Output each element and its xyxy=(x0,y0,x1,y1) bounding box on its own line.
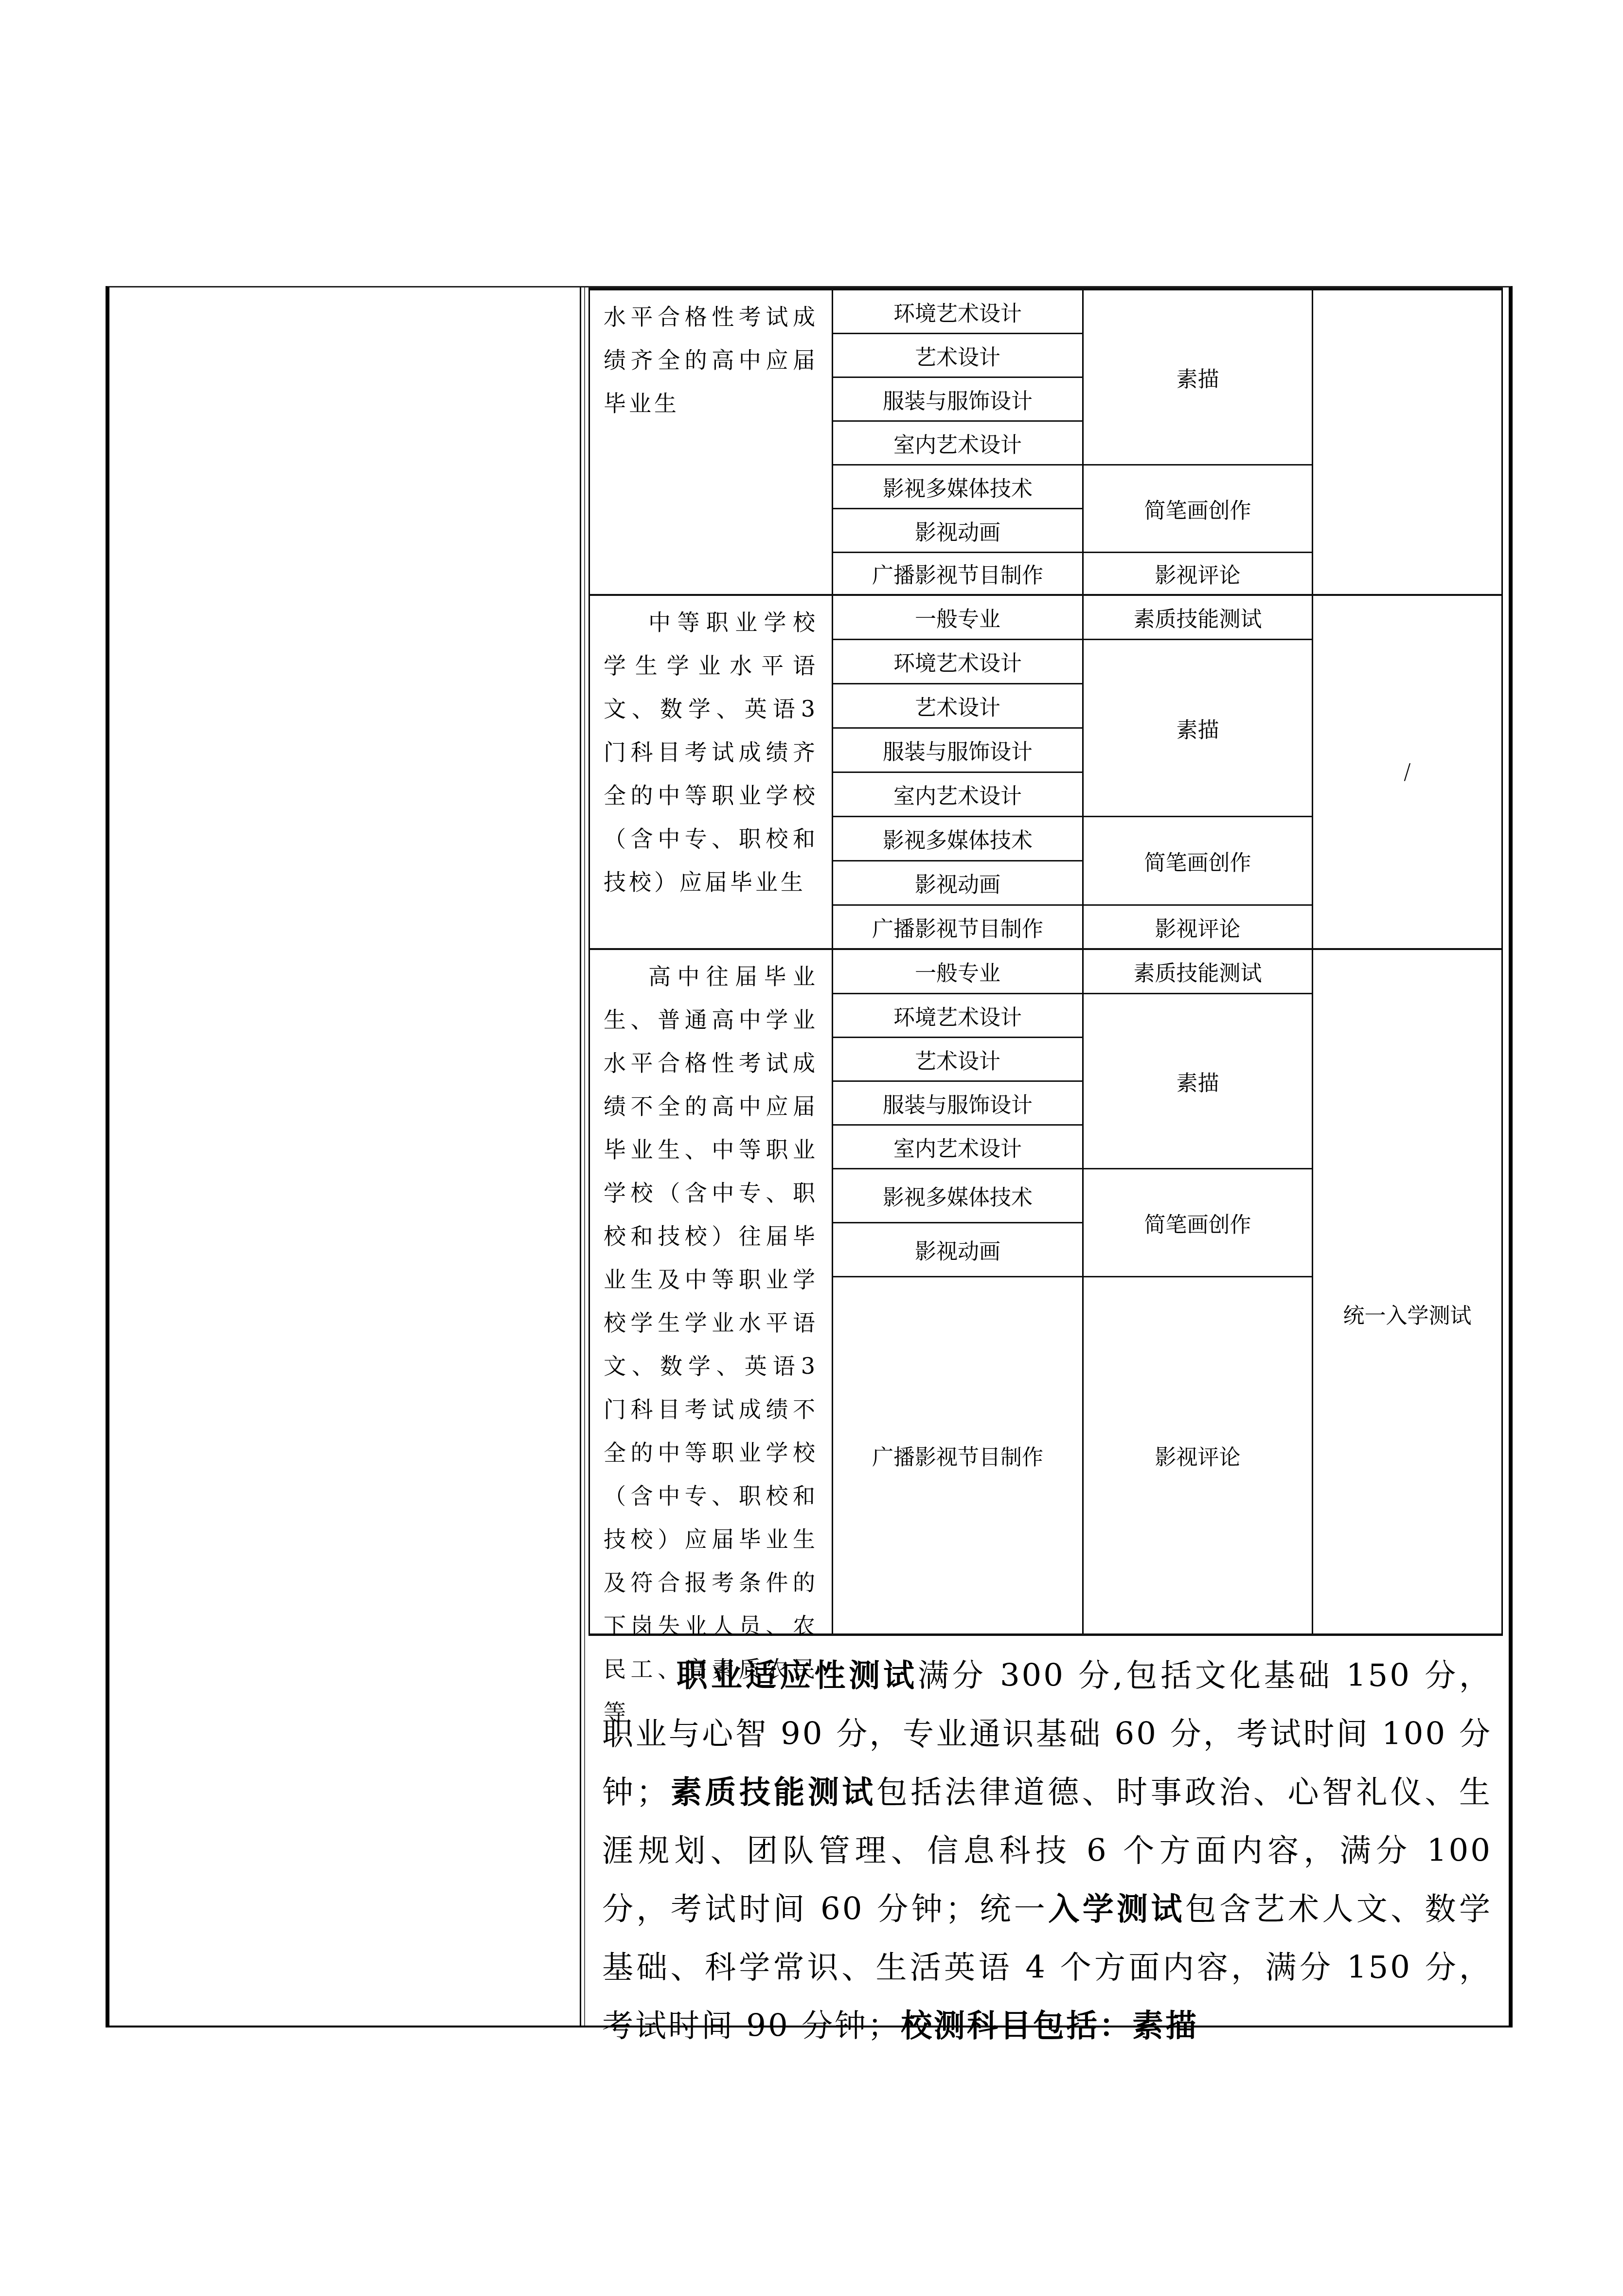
exam-cell: 简笔画创作 xyxy=(1084,466,1313,553)
major-cell: 服装与服饰设计 xyxy=(833,378,1084,422)
major-cell: 影视多媒体技术 xyxy=(833,817,1084,861)
test-type-cell xyxy=(1313,290,1501,594)
major-cell: 环境艺术设计 xyxy=(833,640,1084,684)
exam-cell: 素描 xyxy=(1084,290,1313,466)
exam-description-paragraph: 职业适应性测试满分 300 分,包括文化基础 150 分，职业与心智 90 分，… xyxy=(589,1638,1503,2026)
major-cell: 艺术设计 xyxy=(833,684,1084,729)
test-type-cell: 统一入学测试 xyxy=(1313,994,1501,1633)
major-cell: 室内艺术设计 xyxy=(833,422,1084,466)
group-row-1: 水平合格性考试成绩齐全的高中应届毕业生 环境艺术设计 艺术设计 服装与服饰设计 … xyxy=(590,290,1501,596)
major-cell: 影视多媒体技术 xyxy=(833,1169,1084,1223)
exam-cell: 素质技能测试 xyxy=(1084,950,1313,994)
major-cell: 一般专业 xyxy=(833,596,1084,640)
major-cell: 一般专业 xyxy=(833,950,1084,994)
exam-cell: 素描 xyxy=(1084,994,1313,1169)
major-cell: 室内艺术设计 xyxy=(833,773,1084,817)
major-cell: 环境艺术设计 xyxy=(833,290,1084,334)
exam-cell: 素描 xyxy=(1084,640,1313,817)
exam-cell: 影视评论 xyxy=(1084,906,1313,948)
major-cell: 广播影视节目制作 xyxy=(833,906,1084,948)
exam-cell: 简笔画创作 xyxy=(1084,817,1313,906)
bold-term: 职业适应性测试 xyxy=(675,1658,918,1694)
major-cell: 室内艺术设计 xyxy=(833,1126,1084,1169)
major-cell: 影视动画 xyxy=(833,509,1084,553)
major-cell: 艺术设计 xyxy=(833,334,1084,378)
bold-term: 素质技能测试 xyxy=(669,1775,876,1811)
major-cell: 艺术设计 xyxy=(833,1038,1084,1082)
major-cell: 服装与服饰设计 xyxy=(833,729,1084,773)
criteria-cell: 高中往届毕业生、普通高中学业水平合格性考试成绩不全的高中应届毕业生、中等职业学校… xyxy=(590,950,833,1633)
bold-term: 校测科目包括：素描 xyxy=(901,2008,1198,2044)
major-cell: 影视动画 xyxy=(833,1223,1084,1277)
major-cell: 影视动画 xyxy=(833,861,1084,906)
major-cell: 服装与服饰设计 xyxy=(833,1082,1084,1126)
major-cell: 广播影视节目制作 xyxy=(833,1277,1084,1633)
major-cell: 环境艺术设计 xyxy=(833,994,1084,1038)
exam-cell: 影视评论 xyxy=(1084,1277,1313,1633)
exam-cell: 素质技能测试 xyxy=(1084,596,1313,640)
major-cell: 广播影视节目制作 xyxy=(833,553,1084,594)
group-row-2: 中等职业学校学生学业水平语文、数学、英语3门科目考试成绩齐全的中等职业学校（含中… xyxy=(590,596,1501,950)
exam-cell: 简笔画创作 xyxy=(1084,1169,1313,1277)
exam-cell: 影视评论 xyxy=(1084,553,1313,594)
criteria-cell: 中等职业学校学生学业水平语文、数学、英语3门科目考试成绩齐全的中等职业学校（含中… xyxy=(590,596,833,948)
group-row-3: 高中往届毕业生、普通高中学业水平合格性考试成绩不全的高中应届毕业生、中等职业学校… xyxy=(590,950,1501,1633)
outer-table: 水平合格性考试成绩齐全的高中应届毕业生 环境艺术设计 艺术设计 服装与服饰设计 … xyxy=(106,286,1513,2027)
criteria-cell: 水平合格性考试成绩齐全的高中应届毕业生 xyxy=(590,290,833,594)
major-cell: 影视多媒体技术 xyxy=(833,466,1084,509)
admission-subjects-table: 水平合格性考试成绩齐全的高中应届毕业生 环境艺术设计 艺术设计 服装与服饰设计 … xyxy=(589,287,1503,1636)
test-type-cell: / xyxy=(1313,596,1501,948)
bold-term: 入学测试 xyxy=(1048,1891,1185,1927)
empty-left-column xyxy=(109,287,581,2026)
